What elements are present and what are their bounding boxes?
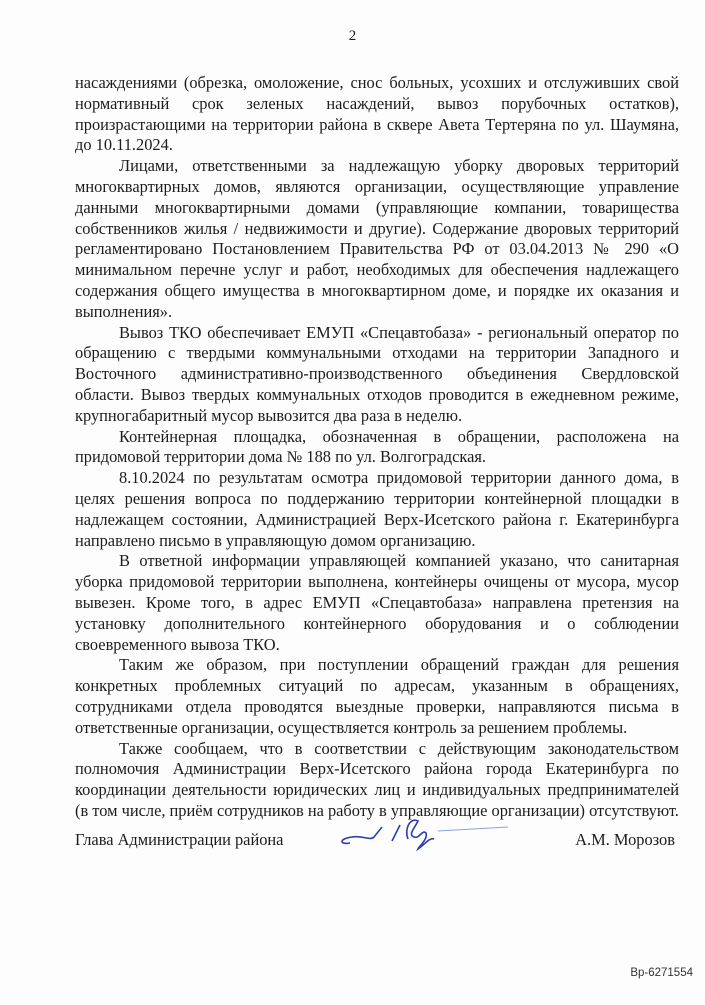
paragraph: 8.10.2024 по результатам осмотра придомо…	[75, 468, 679, 551]
paragraph: Контейнерная площадка, обозначенная в об…	[75, 427, 679, 469]
document-id: Вр-6271554	[630, 967, 693, 979]
paragraph: насаждениями (обрезка, омоложение, снос …	[75, 73, 679, 156]
letter-body: насаждениями (обрезка, омоложение, снос …	[75, 73, 679, 822]
handwritten-signature-icon	[330, 815, 510, 865]
paragraph: Также сообщаем, что в соответствии с дей…	[75, 739, 679, 822]
paragraph: Вывоз ТКО обеспечивает ЕМУП «Спецавтобаз…	[75, 323, 679, 427]
signatory-title: Глава Администрации района	[75, 830, 283, 850]
paragraph: Лицами, ответственными за надлежащую убо…	[75, 156, 679, 322]
paragraph: В ответной информации управляющей компан…	[75, 551, 679, 655]
page-number: 2	[0, 28, 705, 45]
paragraph: Таким же образом, при поступлении обраще…	[75, 655, 679, 738]
signatory-name: А.М. Морозов	[575, 830, 675, 850]
